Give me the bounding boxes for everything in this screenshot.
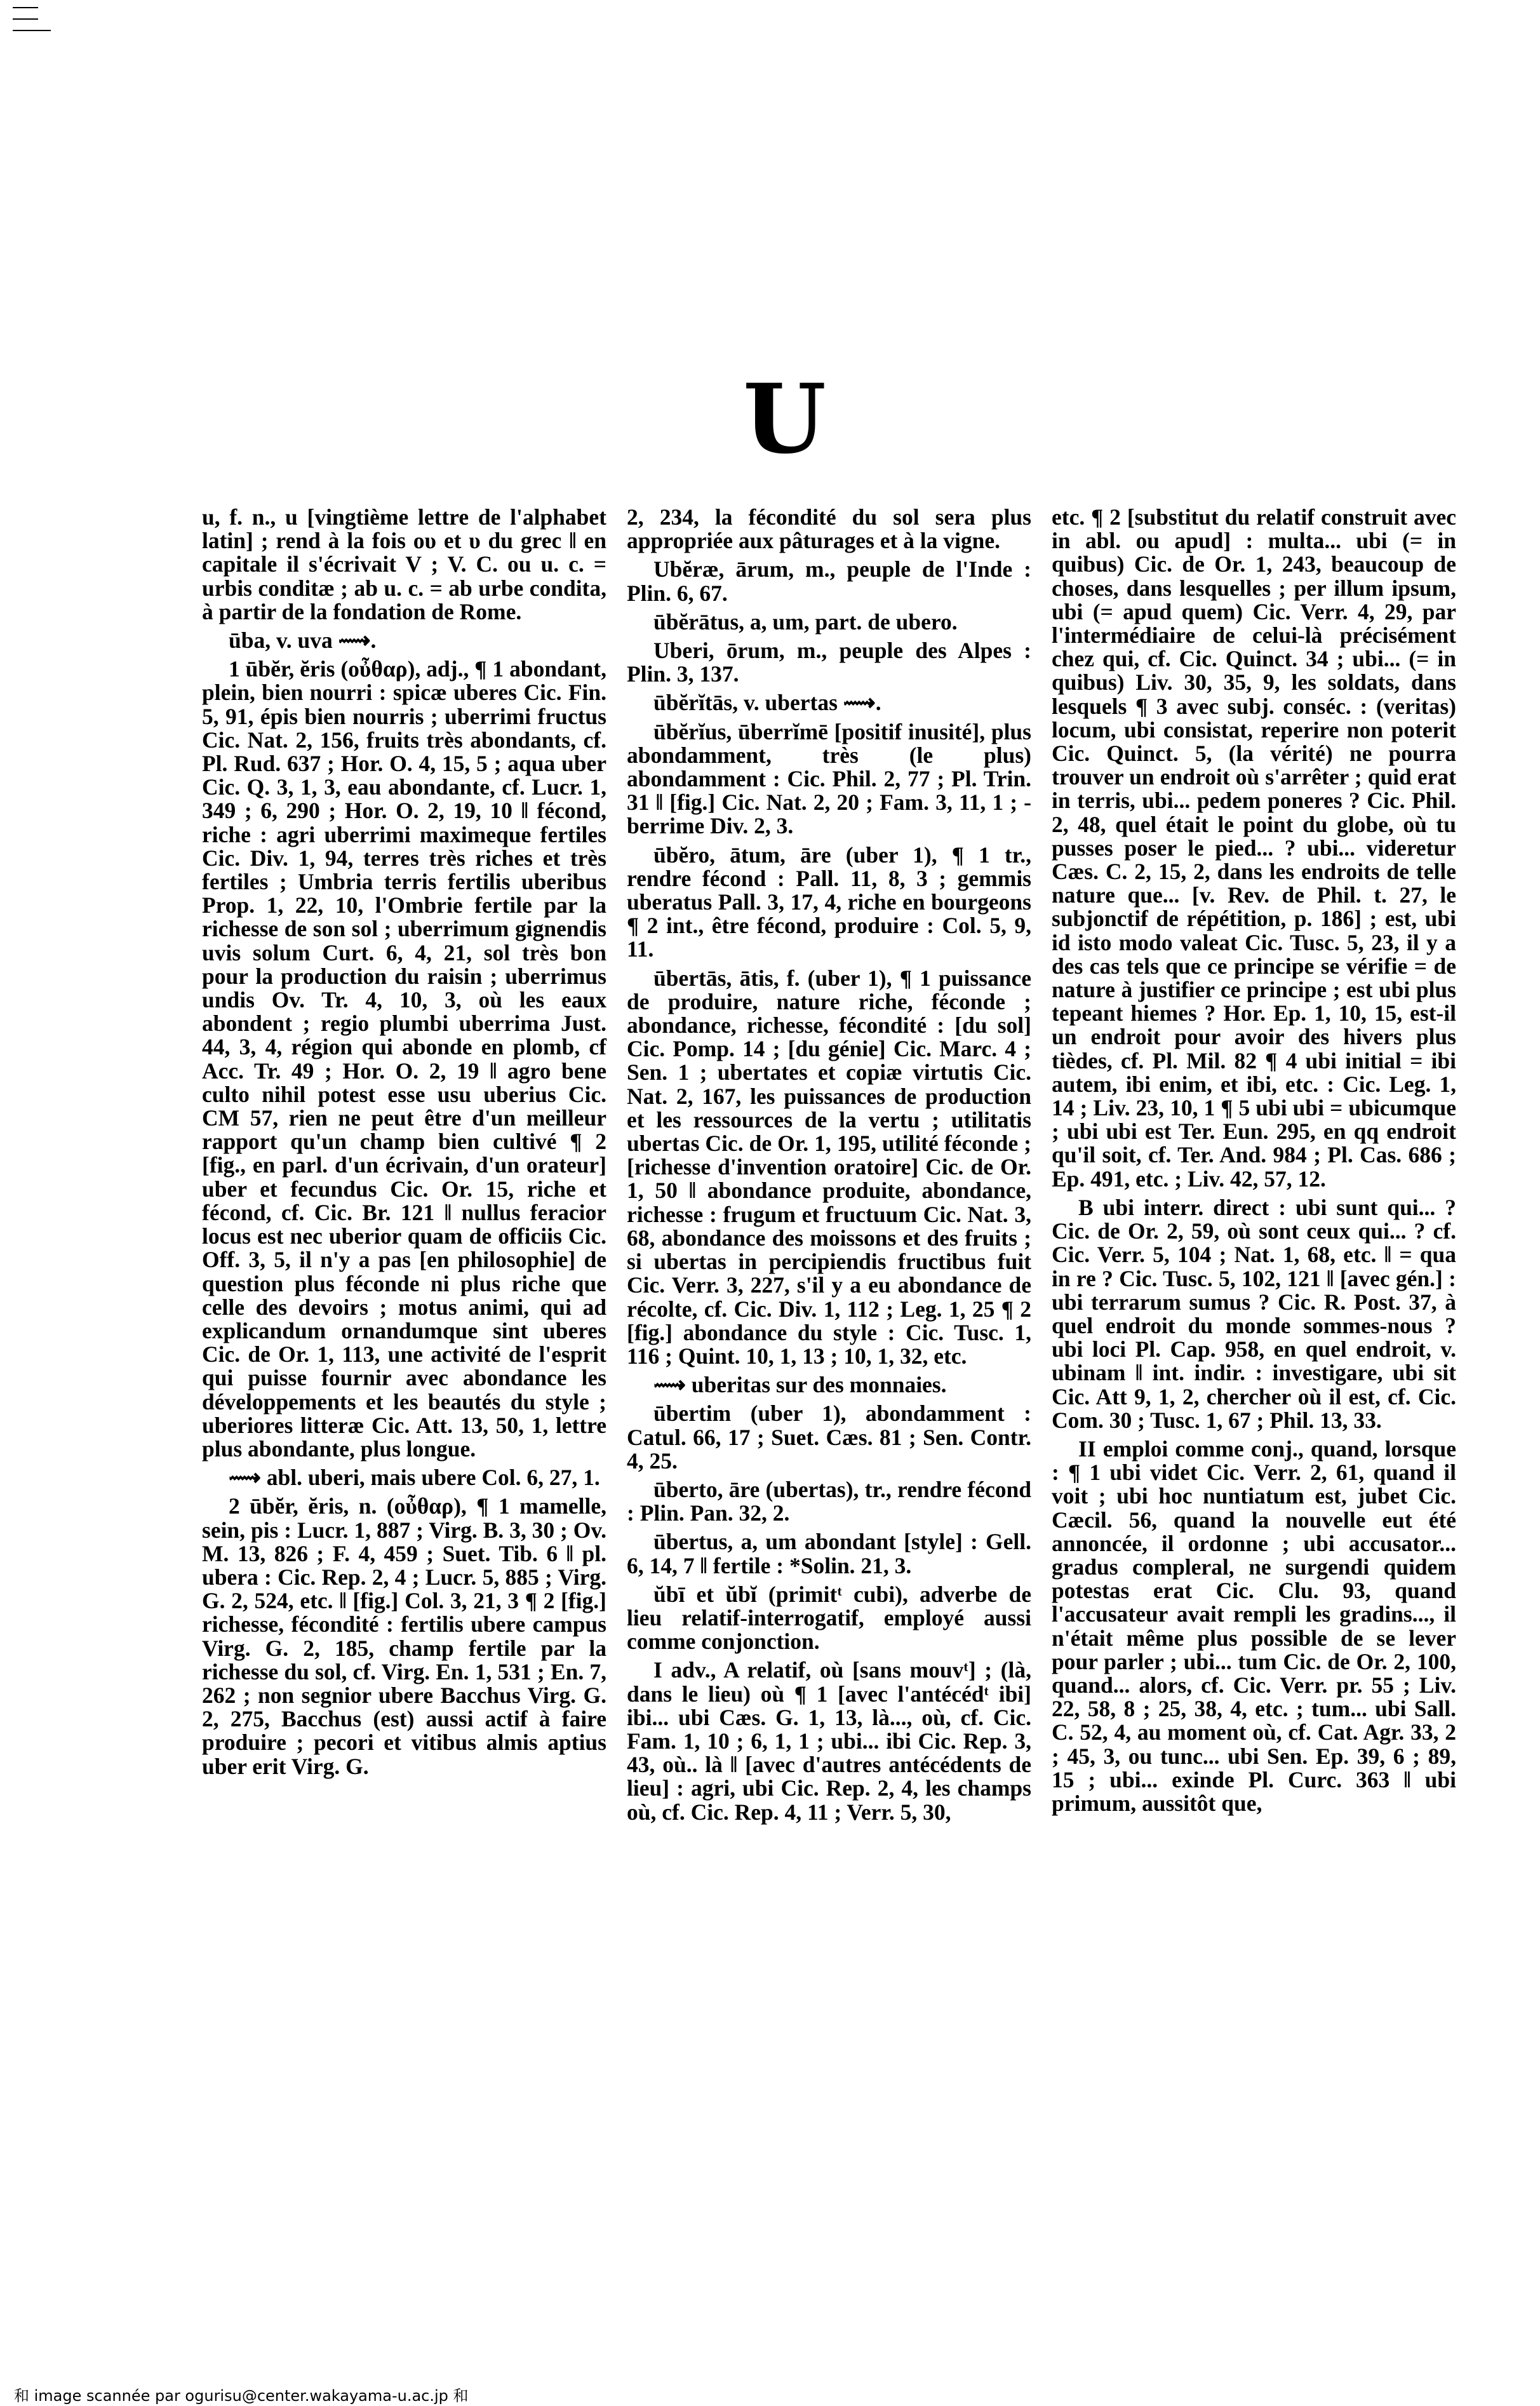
scan-credit-footer: 和 image scannée par ogurisu@center.wakay… bbox=[14, 2383, 469, 2405]
entry-ubero: ūbĕro, ātum, āre (uber 1), ¶ 1 tr., rend… bbox=[627, 843, 1031, 962]
entry-uber-1: 1 ūbĕr, ĕris (οὖθαρ), adj., ¶ 1 abondant… bbox=[202, 657, 606, 1461]
entry-ubi-II: II emploi comme conj., quand, lorsque : … bbox=[1052, 1437, 1456, 1815]
entry-uberatus: ūbĕrātus, a, um, part. de ubero. bbox=[627, 610, 1031, 634]
entry-ubi-B: B ubi interr. direct : ubi sunt qui... ?… bbox=[1052, 1196, 1456, 1432]
column-2: 2, 234, la fécondité du sol sera plus ap… bbox=[627, 506, 1031, 1824]
entry-uber-2-cont: 2, 234, la fécondité du sol sera plus ap… bbox=[627, 506, 1031, 553]
entry-ubertas: ūbertās, ātis, f. (uber 1), ¶ 1 puissanc… bbox=[627, 967, 1031, 1368]
entry-ubi-I-cont: etc. ¶ 2 [substitut du relatif construit… bbox=[1052, 506, 1456, 1191]
scan-top-marks bbox=[13, 0, 89, 2]
entry-uberius: ūbĕrĭus, ūberrĭmē [positif inusité], plu… bbox=[627, 720, 1031, 838]
entry-ubertas-note: ⟿ uberitas sur des monnaies. bbox=[627, 1373, 1031, 1397]
column-1: u, f. n., u [vingtième lettre de l'alpha… bbox=[202, 506, 606, 1824]
entry-ubi: ŭbī et ŭbĭ (primitᵗ cubi), adverbe de li… bbox=[627, 1583, 1031, 1654]
entry-uberae: Ubĕræ, ārum, m., peuple de l'Inde : Plin… bbox=[627, 558, 1031, 605]
entry-ubertus: ūbertus, a, um abondant [style] : Gell. … bbox=[627, 1530, 1031, 1577]
entry-ubertim: ūbertim (uber 1), abondamment : Catul. 6… bbox=[627, 1402, 1031, 1473]
entry-uber-2: 2 ūbĕr, ĕris, n. (οὖθαρ), ¶ 1 mamelle, s… bbox=[202, 1495, 606, 1778]
column-3: etc. ¶ 2 [substitut du relatif construit… bbox=[1052, 506, 1456, 1824]
entry-uberitas: ūbĕrĭtās, v. ubertas ⟿. bbox=[627, 691, 1031, 715]
entry-u: u, f. n., u [vingtième lettre de l'alpha… bbox=[202, 506, 606, 624]
entry-uberi: Uberi, ōrum, m., peuple des Alpes : Plin… bbox=[627, 639, 1031, 686]
entry-uberto: ūberto, āre (ubertas), tr., rendre fécon… bbox=[627, 1478, 1031, 1525]
entry-uber-1-note: ⟿ abl. uberi, mais ubere Col. 6, 27, 1. bbox=[202, 1466, 606, 1489]
letter-heading: U bbox=[743, 372, 819, 467]
dictionary-columns: u, f. n., u [vingtième lettre de l'alpha… bbox=[202, 506, 1456, 1824]
entry-ubi-I: I adv., A relatif, où [sans mouvᵗ] ; (là… bbox=[627, 1658, 1031, 1824]
entry-uba: ūba, v. uva ⟿. bbox=[202, 629, 606, 652]
